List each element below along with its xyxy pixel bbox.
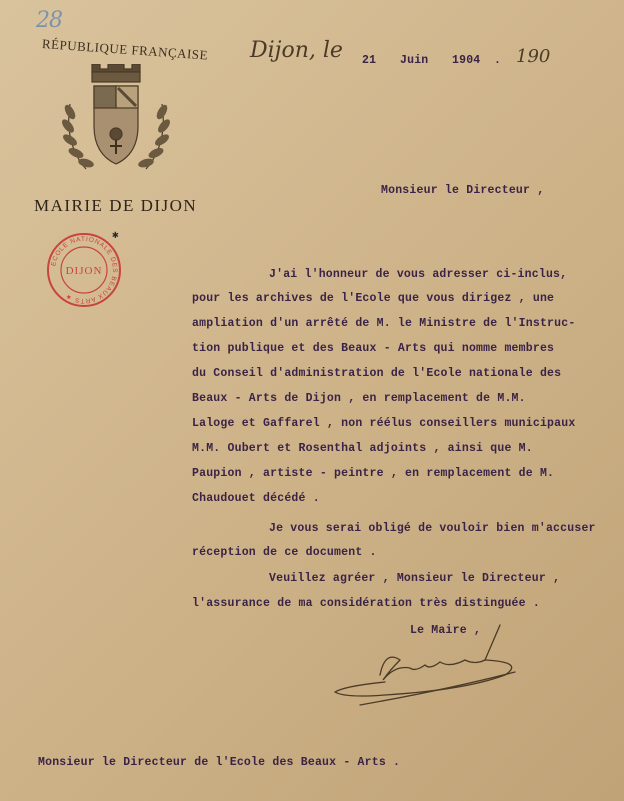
letter-page: 28 RÉPUBLIQUE FRANÇAISE — [0, 0, 624, 801]
recipient-address: Monsieur le Directeur de l'Ecole des Bea… — [38, 756, 400, 769]
mayor-signature-icon — [325, 620, 525, 710]
body-line: du Conseil d'administration de l'Ecole n… — [192, 367, 561, 380]
date-terminator: . — [494, 54, 501, 67]
body-line: Je vous serai obligé de vouloir bien m'a… — [269, 522, 596, 535]
date-year: 1904 — [452, 54, 480, 67]
body-line: J'ai l'honneur de vous adresser ci-inclu… — [269, 268, 567, 281]
salutation: Monsieur le Directeur , — [381, 184, 544, 197]
body-line: tion publique et des Beaux - Arts qui no… — [192, 342, 554, 355]
republic-heading: RÉPUBLIQUE FRANÇAISE — [41, 36, 208, 64]
place-prefix: Dijon, le — [250, 38, 343, 63]
asterisk-mark-icon: ✱ — [112, 228, 119, 242]
date-month: Juin — [400, 54, 428, 67]
archive-number: 28 — [36, 8, 62, 33]
institution-name: MAIRIE DE DIJON — [34, 196, 197, 216]
coat-of-arms-icon — [56, 64, 176, 182]
body-line: Paupion , artiste - peintre , en remplac… — [192, 467, 554, 480]
body-line: pour les archives de l'Ecole que vous di… — [192, 292, 554, 305]
date-day: 21 — [362, 54, 376, 67]
body-line: Chaudouet décédé . — [192, 492, 320, 505]
body-line: Veuillez agréer , Monsieur le Directeur … — [269, 572, 560, 585]
body-line: Laloge et Gaffarel , non réélus conseill… — [192, 417, 575, 430]
school-stamp-icon: ECOLE NATIONALE DES BEAUX ARTS ★ DIJON — [46, 232, 122, 308]
body-line: l'assurance de ma considération très dis… — [192, 597, 540, 610]
body-line: M.M. Oubert et Rosenthal adjoints , ains… — [192, 442, 533, 455]
body-line: réception de ce document . — [192, 546, 377, 559]
svg-text:DIJON: DIJON — [66, 265, 103, 277]
body-line: Beaux - Arts de Dijon , en remplacement … — [192, 392, 526, 405]
body-line: ampliation d'un arrêté de M. le Ministre… — [192, 317, 575, 330]
year-prefix: 190 — [516, 46, 550, 67]
